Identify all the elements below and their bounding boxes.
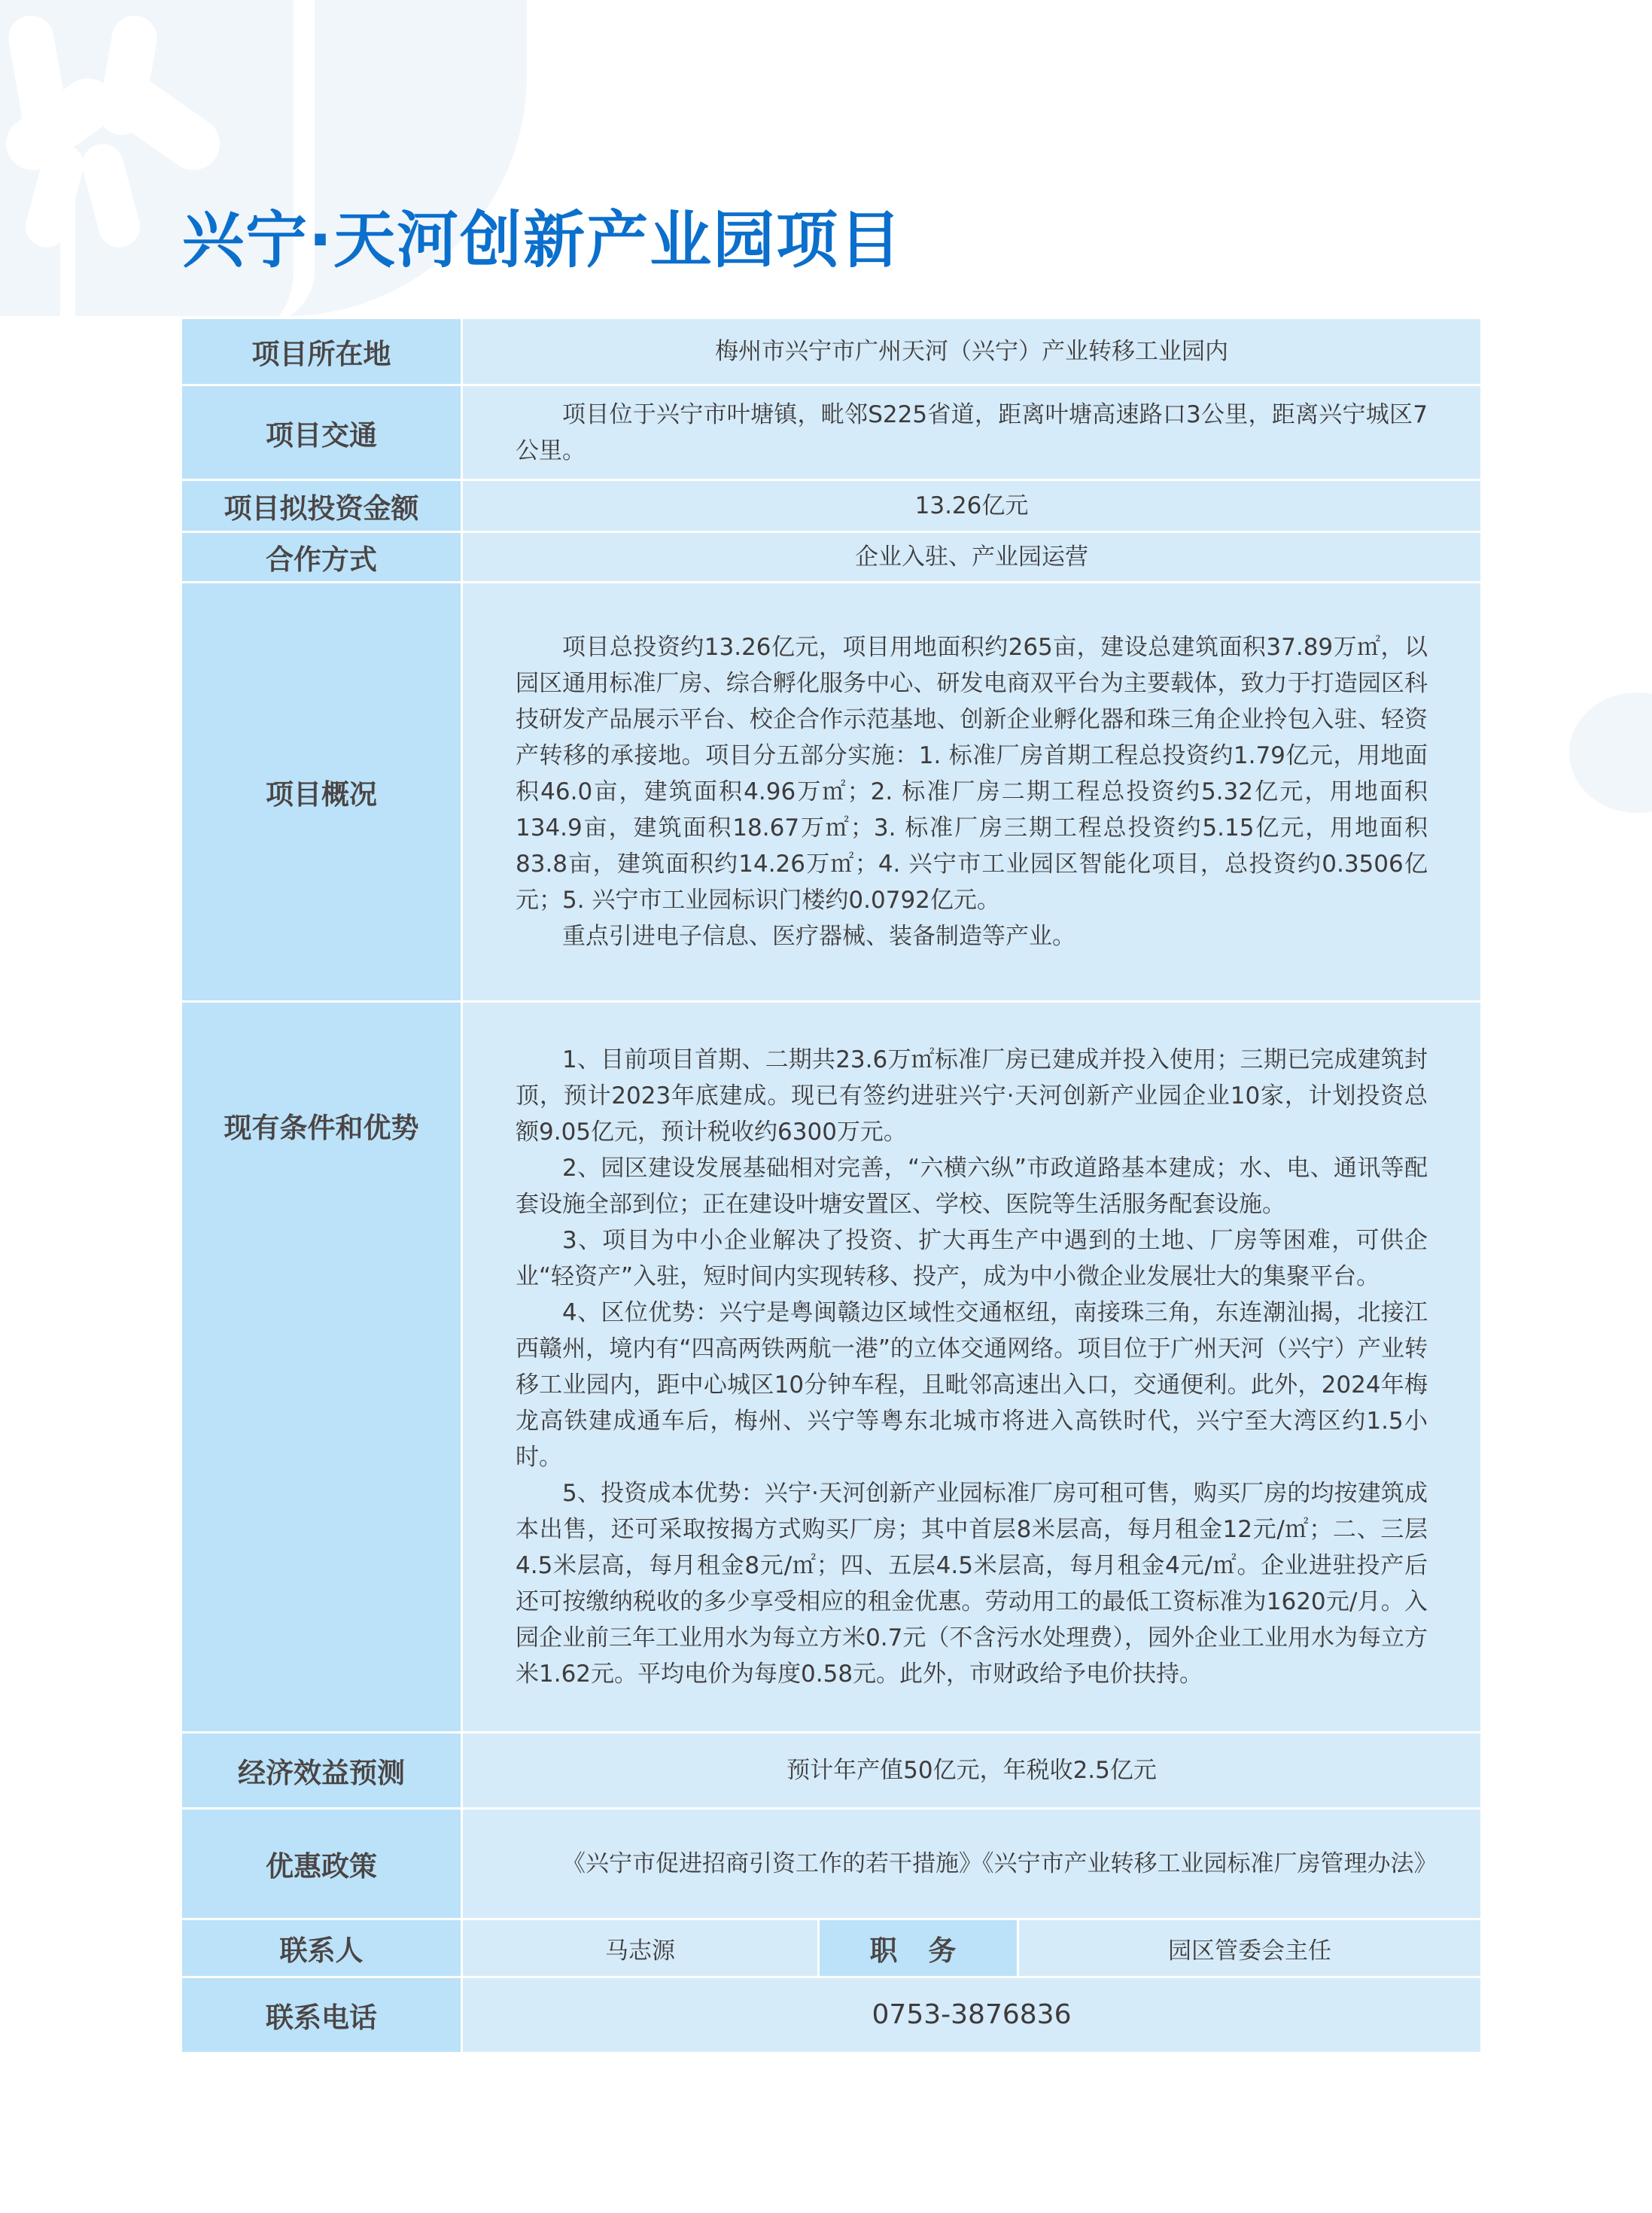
row-economic-forecast: 经济效益预测 预计年产值50亿元，年税收2.5亿元 bbox=[182, 1734, 1480, 1807]
row-value: 梅州市兴宁市广州天河（兴宁）产业转移工业园内 bbox=[463, 319, 1480, 384]
row-location: 项目所在地 梅州市兴宁市广州天河（兴宁）产业转移工业园内 bbox=[182, 319, 1480, 384]
row-value: 项目位于兴宁市叶塘镇，毗邻S225省道，距离叶塘高速路口3公里，距离兴宁城区7公… bbox=[463, 386, 1480, 479]
row-label: 优惠政策 bbox=[182, 1810, 461, 1918]
contact-phone: 0753-3876836 bbox=[463, 1978, 1480, 2052]
row-label: 项目交通 bbox=[182, 386, 461, 479]
row-cooperation: 合作方式 企业入驻、产业园运营 bbox=[182, 533, 1480, 581]
project-info-table: 项目所在地 梅州市兴宁市广州天河（兴宁）产业转移工业园内 项目交通 项目位于兴宁… bbox=[182, 319, 1480, 2054]
row-label: 项目拟投资金额 bbox=[182, 481, 461, 531]
row-policy: 优惠政策 《兴宁市促进招商引资工作的若干措施》《兴宁市产业转移工业园标准厂房管理… bbox=[182, 1810, 1480, 1918]
row-label: 合作方式 bbox=[182, 533, 461, 581]
right-edge-decoration bbox=[1569, 693, 1652, 813]
row-label: 现有条件和优势 bbox=[182, 1003, 461, 1731]
paragraph: 4、区位优势：兴宁是粤闽赣边区域性交通枢纽，南接珠三角，东连潮汕揭，北接江西赣州… bbox=[516, 1295, 1428, 1475]
paragraph: 3、项目为中小企业解决了投资、扩大再生产中遇到的土地、厂房等困难，可供企业“轻资… bbox=[516, 1222, 1428, 1295]
paragraph: 1、目前项目首期、二期共23.6万㎡标准厂房已建成并投入使用；三期已完成建筑封顶… bbox=[516, 1042, 1428, 1150]
row-investment: 项目拟投资金额 13.26亿元 bbox=[182, 481, 1480, 531]
row-label: 联系人 bbox=[182, 1920, 461, 1976]
paragraph: 5、投资成本优势：兴宁·天河创新产业园标准厂房可租可售，购买厂房的均按建筑成本出… bbox=[516, 1475, 1428, 1692]
paragraph: 项目位于兴宁市叶塘镇，毗邻S225省道，距离叶塘高速路口3公里，距离兴宁城区7公… bbox=[516, 397, 1428, 469]
row-label: 项目概况 bbox=[182, 583, 461, 1000]
row-label: 经济效益预测 bbox=[182, 1734, 461, 1807]
row-value: 13.26亿元 bbox=[463, 481, 1480, 531]
row-transport: 项目交通 项目位于兴宁市叶塘镇，毗邻S225省道，距离叶塘高速路口3公里，距离兴… bbox=[182, 386, 1480, 479]
row-value: 企业入驻、产业园运营 bbox=[463, 533, 1480, 581]
row-label: 联系电话 bbox=[182, 1978, 461, 2052]
row-advantages: 现有条件和优势 1、目前项目首期、二期共23.6万㎡标准厂房已建成并投入使用；三… bbox=[182, 1003, 1480, 1731]
row-value: 1、目前项目首期、二期共23.6万㎡标准厂房已建成并投入使用；三期已完成建筑封顶… bbox=[463, 1003, 1480, 1731]
contact-position: 园区管委会主任 bbox=[1019, 1920, 1480, 1976]
row-label: 项目所在地 bbox=[182, 319, 461, 384]
paragraph: 《兴宁市促进招商引资工作的若干措施》《兴宁市产业转移工业园标准厂房管理办法》 bbox=[516, 1846, 1428, 1882]
row-value: 预计年产值50亿元，年税收2.5亿元 bbox=[463, 1734, 1480, 1807]
page-title: 兴宁·天河创新产业园项目 bbox=[182, 203, 902, 279]
row-overview: 项目概况 项目总投资约13.26亿元，项目用地面积约265亩，建设总建筑面积37… bbox=[182, 583, 1480, 1000]
paragraph: 项目总投资约13.26亿元，项目用地面积约265亩，建设总建筑面积37.89万㎡… bbox=[516, 629, 1428, 918]
paragraph: 2、园区建设发展基础相对完善，“六横六纵”市政道路基本建成；水、电、通讯等配套设… bbox=[516, 1150, 1428, 1222]
position-label: 职 务 bbox=[820, 1920, 1017, 1976]
row-contact: 联系人 马志源 职 务 园区管委会主任 bbox=[182, 1920, 1480, 1976]
contact-name: 马志源 bbox=[463, 1920, 817, 1976]
row-value: 项目总投资约13.26亿元，项目用地面积约265亩，建设总建筑面积37.89万㎡… bbox=[463, 583, 1480, 1000]
row-value: 《兴宁市促进招商引资工作的若干措施》《兴宁市产业转移工业园标准厂房管理办法》 bbox=[463, 1810, 1480, 1918]
paragraph: 重点引进电子信息、医疗器械、装备制造等产业。 bbox=[516, 918, 1428, 954]
row-phone: 联系电话 0753-3876836 bbox=[182, 1978, 1480, 2052]
